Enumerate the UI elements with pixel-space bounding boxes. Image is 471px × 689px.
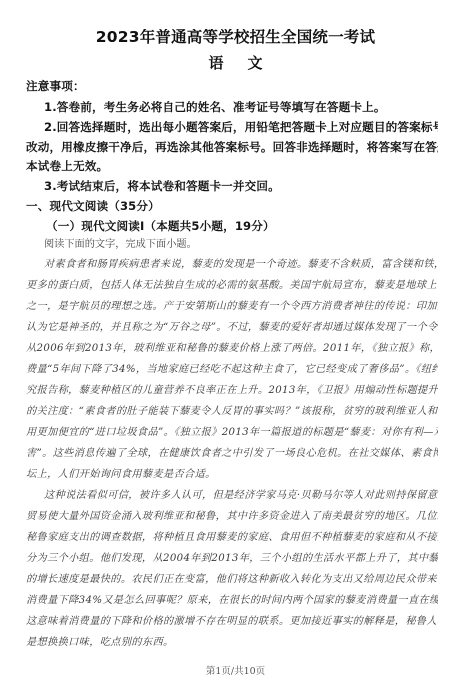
section-heading: 一、现代文阅读（35分） — [26, 198, 438, 214]
passage-line: 从2006年到2013年，玻利维亚和秘鲁的藜麦价格上涨了两倍。2011年，《独立… — [26, 341, 438, 357]
passage-line: 这种说法看似可信，被许多人认可，但是经济学家马克·贝勒马尔等人对此则持保留意见。… — [44, 488, 438, 504]
passage-line: 之一，是宇航员的理想之选。产于安第斯山的藜麦有一个令西方消费者神往的传说：印加人… — [26, 299, 438, 315]
exam-page: 2023年普通高等学校招生全国统一考试 语文 注意事项： 1.答卷前，考生务必将… — [0, 0, 471, 689]
passage-line: 害”。这些消息传遍了全球，在健康饮食者之中引发了一场良心危机。在社交媒体、素食博… — [26, 446, 438, 462]
notice-item-2: 2.回答选择题时，选出每小题答案后，用铅笔把答题卡上对应题目的答案标号涂黑。如需 — [44, 119, 438, 135]
exam-title: 2023年普通高等学校招生全国统一考试 — [0, 29, 471, 45]
notice-item-3: 3.考试结束后，将本试卷和答题卡一并交回。 — [44, 178, 438, 194]
passage-line: 更多的蛋白质，包括人体无法独自生成的必需的氨基酸。美国宇航局宣布，藜麦是地球上营… — [26, 278, 438, 294]
passage-line: 消费量下降34%又是怎么回事呢？原来，在很长的时间内两个国家的藜麦消费量一直在缓… — [26, 593, 438, 609]
passage-line: 认为它是神圣的，并且称之为“万谷之母”。不过，藜麦的爱好者却通过媒体发现了一个令… — [26, 320, 438, 336]
passage-line: 对素食者和肠胃疾病患者来说，藜麦的发现是一个奇迹。藜麦不含麸质，富含镁和铁，比其… — [44, 257, 438, 273]
subject-char-2: 文 — [248, 55, 263, 71]
subsection-heading: （一）现代文阅读Ⅰ（本题共5小题，19分） — [46, 218, 458, 234]
notice-item-2-cont: 改动，用橡皮擦干净后，再选涂其他答案标号。回答非选择题时，将答案写在答题卡上。写… — [26, 139, 438, 155]
passage-line: 的关注度：“素食者的肚子能装下藜麦令人反胃的事实吗？”该报称，贫穷的玻利维亚人和… — [26, 404, 438, 420]
passage-line: 究报告称，藜麦种植区的儿童营养不良率正在上升。2013年，《卫报》用煽动性标题提… — [26, 383, 438, 399]
notice-heading: 注意事项： — [26, 78, 438, 94]
passage-line: 贸易使大量外国资金涌入玻利维亚和秘鲁，其中许多资金进入了南美最贫穷的地区。几位经… — [26, 509, 438, 525]
passage-line: 秘鲁家庭支出的调查数据，将种植且食用藜麦的家庭、食用但不种植藜麦的家庭和从不接触… — [26, 530, 438, 546]
notice-item-2-end: 本试卷上无效。 — [26, 158, 438, 174]
passage-line: 分为三个小组。他们发现，从2004年到2013年，三个小组的生活水平都上升了，其… — [26, 551, 438, 567]
notice-item-1: 1.答卷前，考生务必将自己的姓名、准考证号等填写在答题卡上。 — [44, 99, 438, 115]
subject-char-1: 语 — [208, 55, 223, 71]
page-number-footer: 第1页/共10页 — [0, 663, 471, 677]
passage-line: 的增长速度是最快的。农民们正在变富，他们将这种新收入转化为支出又给周边民众带来了… — [26, 572, 438, 588]
passage-line: 是想换换口味，吃点别的东西。 — [26, 635, 438, 651]
subject-heading: 语文 — [0, 55, 471, 71]
reading-instruction: 阅读下面的文字，完成下面小题。 — [44, 237, 438, 253]
passage-line: 费量“5年间下降了34%，当地家庭已经吃不起这种主食了，它已经变成了奢侈品”。《… — [26, 362, 438, 378]
passage-line: 这意味着消费量的下降和价格的激增不存在明显的联系。更加接近事实的解释是，秘鲁人和… — [26, 614, 438, 630]
passage-line: 用更加便宜的“进口垃圾食品”。《独立报》2013年一篇报道的标题是“藜麦：对你有… — [26, 425, 438, 441]
passage-line: 坛上，人们开始询问食用藜麦是否合适。 — [26, 467, 438, 483]
